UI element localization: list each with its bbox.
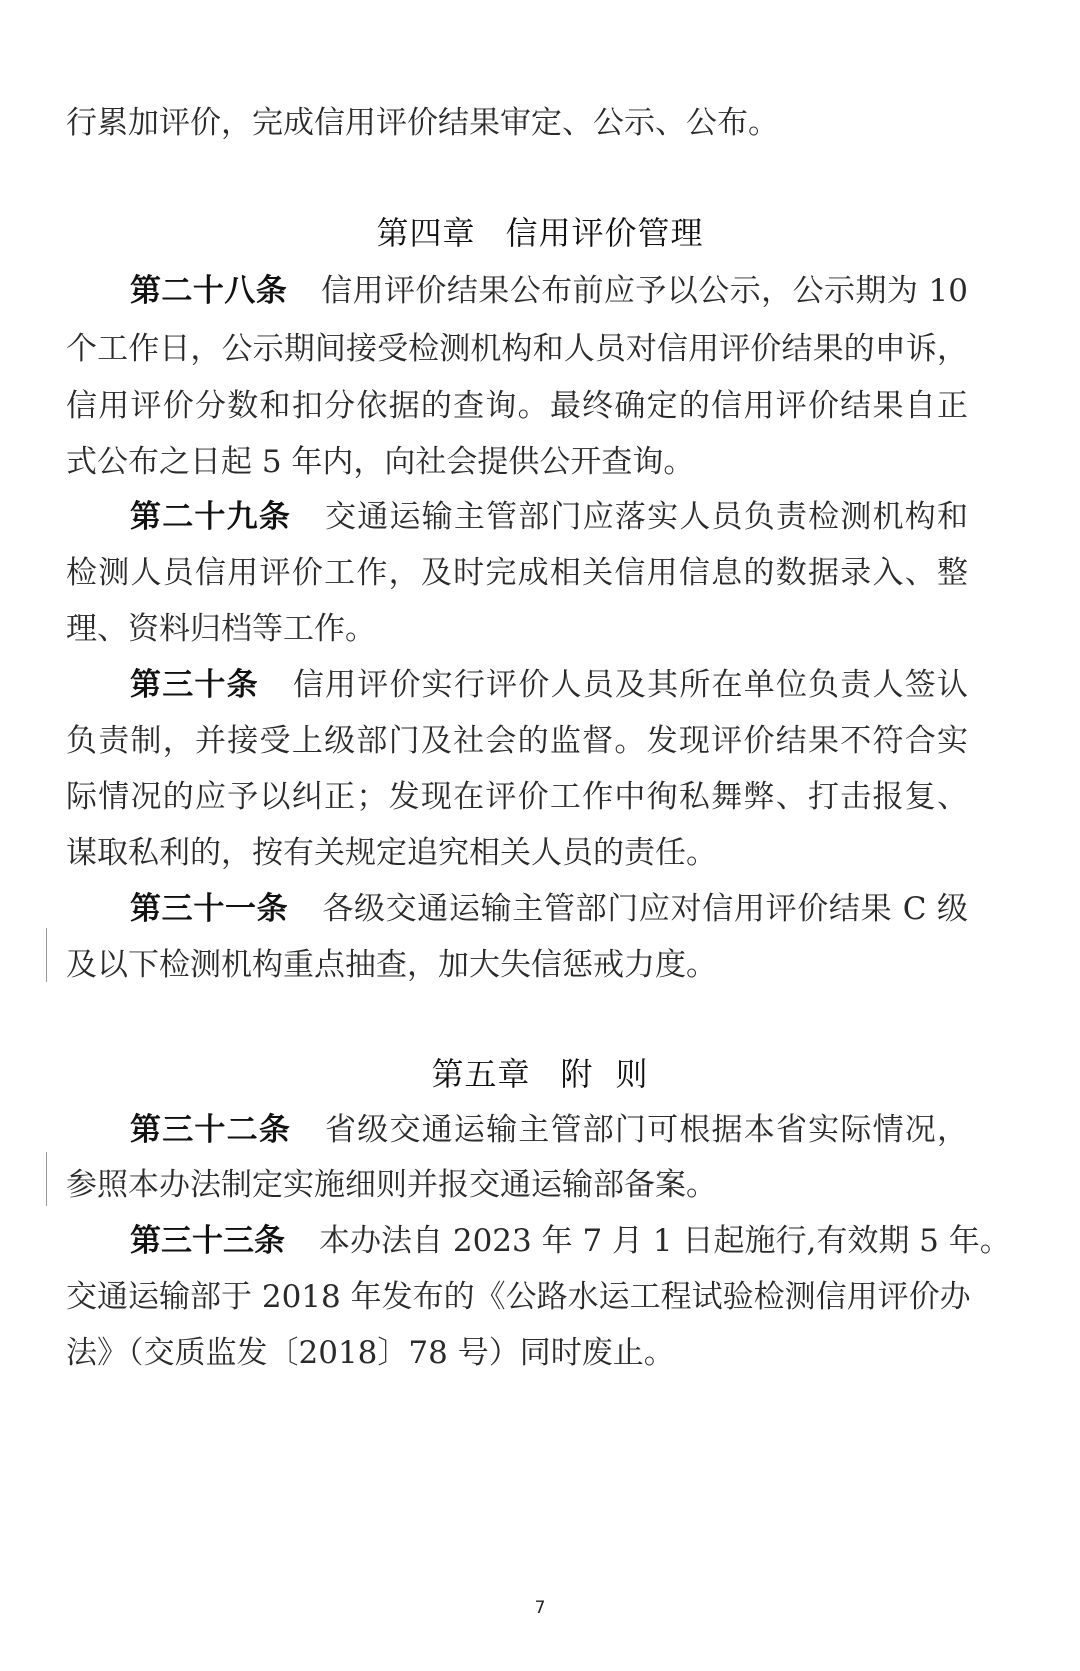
- article-text: 各级交通运输主管部门应对信用评价结果 C 级: [322, 891, 968, 927]
- chapter-title-char: 附: [560, 1055, 593, 1093]
- chapter-title-char: 则: [616, 1055, 649, 1093]
- article-text: 本办法自 2023 年 7 月 1 日起施行,有效期 5 年。: [319, 1223, 1011, 1259]
- chapter-title: 信用评价管理: [506, 214, 704, 252]
- article-label: 第三十二条: [130, 1112, 291, 1148]
- article-text: 省级交通运输主管部门可根据本省实际情况，: [325, 1112, 968, 1148]
- chapter-number: 第四章: [376, 214, 475, 252]
- document-page: 行累加评价，完成信用评价结果审定、公示、公布。 第四章信用评价管理 第二十八条信…: [0, 0, 1080, 1671]
- continuation-text: 行累加评价，完成信用评价结果审定、公示、公布。: [66, 94, 968, 152]
- revision-margin-mark: [46, 1152, 47, 1206]
- chapter-4-heading: 第四章信用评价管理: [0, 204, 1080, 262]
- page-number: 7: [0, 1598, 1080, 1618]
- article-line: 第三十三条本办法自 2023 年 7 月 1 日起施行,有效期 5 年。: [66, 1212, 968, 1270]
- article-line: 谋取私利的，按有关规定追究相关人员的责任。: [66, 824, 968, 882]
- article-line: 信用评价分数和扣分依据的查询。最终确定的信用评价结果自正: [66, 377, 968, 435]
- article-line: 交通运输部于 2018 年发布的《公路水运工程试验检测信用评价办: [66, 1268, 968, 1326]
- article-line: 法》（交质监发〔2018〕78 号）同时废止。: [66, 1324, 968, 1382]
- article-line: 第三十条信用评价实行评价人员及其所在单位负责人签认: [66, 656, 968, 714]
- article-label: 第二十九条: [130, 499, 291, 535]
- revision-margin-mark: [46, 928, 47, 982]
- article-text: 交通运输主管部门应落实人员负责检测机构和: [325, 499, 968, 535]
- article-label: 第三十条: [130, 667, 259, 703]
- article-text: 信用评价结果公布前应予以公示，公示期为 10: [321, 273, 968, 309]
- article-line: 第三十二条省级交通运输主管部门可根据本省实际情况，: [66, 1101, 968, 1159]
- article-text: 信用评价实行评价人员及其所在单位负责人签认: [293, 667, 968, 703]
- article-line: 式公布之日起 5 年内，向社会提供公开查询。: [66, 433, 968, 491]
- article-line: 检测人员信用评价工作，及时完成相关信用信息的数据录入、整: [66, 544, 968, 602]
- article-line: 负责制，并接受上级部门及社会的监督。发现评价结果不符合实: [66, 712, 968, 770]
- article-line: 际情况的应予以纠正；发现在评价工作中徇私舞弊、打击报复、: [66, 768, 968, 826]
- article-line: 理、资料归档等工作。: [66, 600, 968, 658]
- article-label: 第二十八条: [130, 273, 287, 309]
- article-line: 参照本办法制定实施细则并报交通运输部备案。: [66, 1156, 968, 1214]
- article-line: 第二十八条信用评价结果公布前应予以公示，公示期为 10: [66, 262, 968, 320]
- article-line: 第三十一条各级交通运输主管部门应对信用评价结果 C 级: [66, 880, 968, 938]
- article-line: 第二十九条交通运输主管部门应落实人员负责检测机构和: [66, 488, 968, 546]
- chapter-number: 第五章: [431, 1055, 530, 1093]
- article-line: 个工作日，公示期间接受检测机构和人员对信用评价结果的申诉，: [66, 320, 968, 378]
- chapter-5-heading: 第五章附则: [0, 1045, 1080, 1103]
- article-label: 第三十一条: [130, 891, 288, 927]
- article-line: 及以下检测机构重点抽查，加大失信惩戒力度。: [66, 936, 968, 994]
- article-label: 第三十三条: [130, 1223, 285, 1259]
